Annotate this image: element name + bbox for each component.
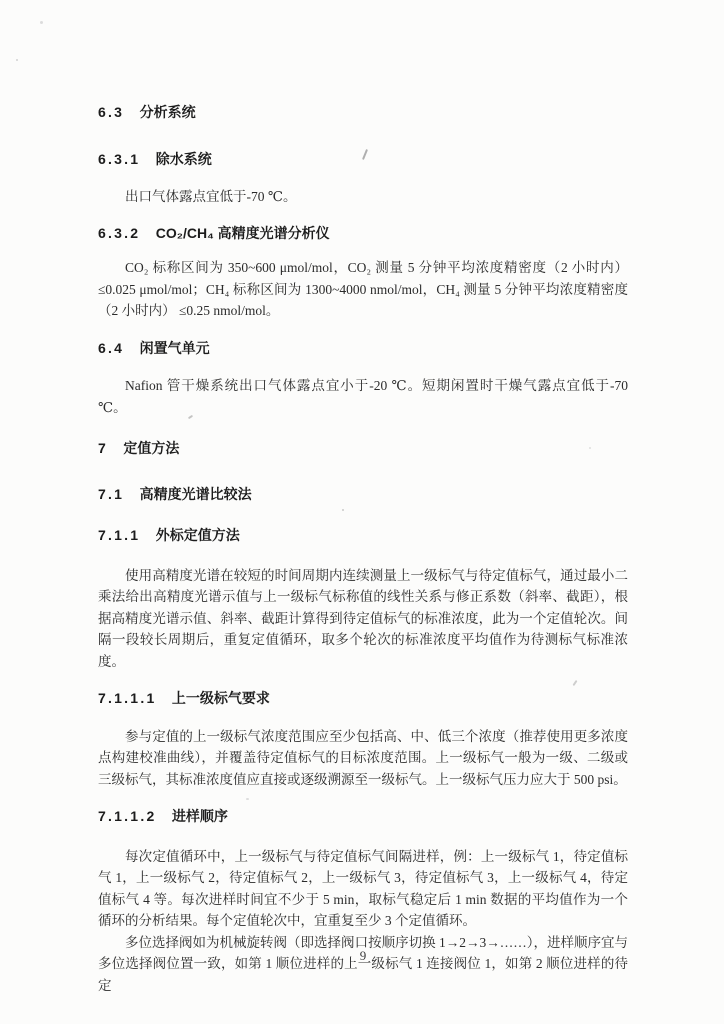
scan-artifact	[40, 21, 43, 24]
heading-number: 6.3.2	[98, 225, 140, 241]
heading-title: 分析系统	[140, 104, 196, 120]
heading-7-1-1-1: 7.1.1.1上一级标气要求	[98, 688, 628, 710]
heading-title: 进样顺序	[172, 808, 228, 824]
heading-7-1: 7.1高精度光谱比较法	[98, 484, 628, 506]
body-paragraph: 参与定值的上一级标气浓度范围应至少包括高、中、低三个浓度（推荐使用更多浓度点构建…	[98, 726, 628, 791]
heading-number: 7.1.1.1	[98, 690, 157, 706]
heading-title: 外标定值方法	[156, 527, 240, 543]
heading-title: 高精度光谱比较法	[140, 486, 252, 502]
heading-title: 定值方法	[123, 440, 179, 456]
document-content: 6.3分析系统6.3.1除水系统出口气体露点宜低于-70 ℃。6.3.2CO₂/…	[98, 102, 628, 996]
heading-number: 6.3	[98, 104, 124, 120]
heading-number: 6.4	[98, 340, 124, 356]
body-paragraph: 每次定值循环中，上一级标气与待定值标气间隔进样，例：上一级标气 1，待定值标气 …	[98, 846, 628, 932]
scanned-document-page: 6.3分析系统6.3.1除水系统出口气体露点宜低于-70 ℃。6.3.2CO₂/…	[0, 0, 724, 1024]
body-paragraph: 使用高精度光谱在较短的时间周期内连续测量上一级标气与待定值标气，通过最小二乘法给…	[98, 565, 628, 673]
heading-number: 6.3.1	[98, 151, 140, 167]
heading-number: 7.1	[98, 486, 124, 502]
body-paragraph: Nafion 管干燥系统出口气体露点宜小于-20 ℃。短期闲置时干燥气露点宜低于…	[98, 375, 628, 418]
heading-6-3-2: 6.3.2CO₂/CH₄ 高精度光谱分析仪	[98, 223, 628, 245]
scan-artifact	[16, 59, 18, 61]
heading-6-3: 6.3分析系统	[98, 102, 628, 124]
heading-number: 7.1.1.2	[98, 808, 157, 824]
heading-7-1-1: 7.1.1外标定值方法	[98, 525, 628, 547]
heading-title: 闲置气单元	[140, 340, 210, 356]
heading-number: 7	[98, 440, 108, 456]
heading-6-3-1: 6.3.1除水系统	[98, 149, 628, 171]
heading-title: 上一级标气要求	[172, 690, 270, 706]
heading-title: 除水系统	[156, 151, 212, 167]
heading-7: 7定值方法	[98, 438, 628, 460]
heading-title: CO₂/CH₄ 高精度光谱分析仪	[156, 225, 330, 241]
heading-6-4: 6.4闲置气单元	[98, 338, 628, 360]
heading-7-1-1-2: 7.1.1.2进样顺序	[98, 806, 628, 828]
heading-number: 7.1.1	[98, 527, 140, 543]
body-paragraph: 出口气体露点宜低于-70 ℃。	[98, 186, 628, 208]
page-number: 9	[98, 948, 628, 964]
body-paragraph: CO₂ 标称区间为 350~600 μmol/mol，CO₂ 测量 5 分钟平均…	[98, 257, 628, 322]
